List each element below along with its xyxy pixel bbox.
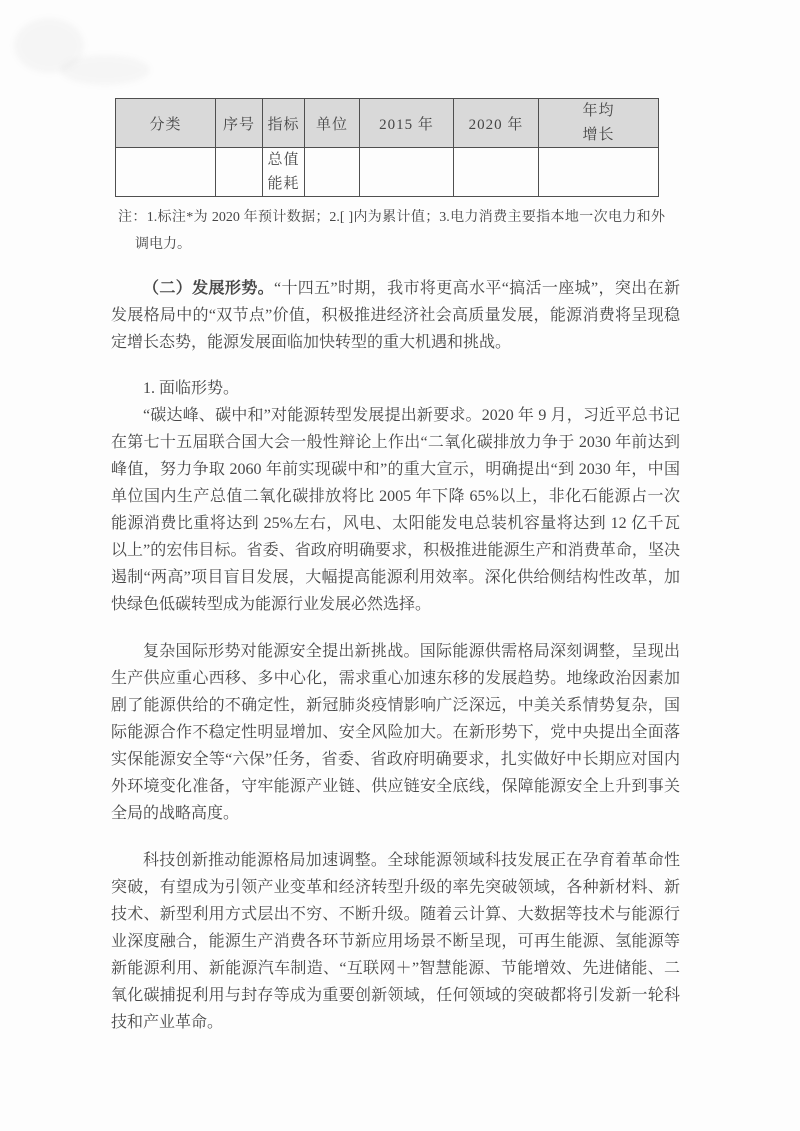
header-indicator: 指标 xyxy=(263,99,305,148)
paragraph-carbon-goals: “碳达峰、碳中和”对能源转型发展提出新要求。2020 年 9 月，习近平总书记在… xyxy=(111,402,680,618)
header-avg-growth: 年均 增长 xyxy=(539,99,659,148)
table-header-row: 分类 序号 指标 单位 2015 年 2020 年 年均 增长 xyxy=(116,99,659,148)
cell-indicator: 总值 能耗 xyxy=(263,148,305,197)
paragraph-tech-innovation: 科技创新推动能源格局加速调整。全球能源领域科技发展正在孕育着革命性突破，有望成为… xyxy=(111,847,680,1036)
section-heading-paragraph: （二）发展形势。“十四五”时期，我市将更高水平“搞活一座城”，突出在新发展格局中… xyxy=(111,275,680,356)
cell-avg-growth xyxy=(539,148,659,197)
header-2015: 2015 年 xyxy=(360,99,454,148)
cell-category xyxy=(116,148,216,197)
table-row: 总值 能耗 xyxy=(116,148,659,197)
document-page: { "theme":{ "page_bg":"#fdfdfd", "text_c… xyxy=(0,0,800,1131)
paragraph-international-situation: 复杂国际形势对能源安全提出新挑战。国际能源供需格局深刻调整，呈现出生产供应重心西… xyxy=(111,638,680,827)
page-content: 分类 序号 指标 单位 2015 年 2020 年 年均 增长 总值 能耗 注：… xyxy=(111,98,680,1036)
cell-2015 xyxy=(360,148,454,197)
section-heading-label: （二）发展形势。 xyxy=(143,280,274,297)
scan-smudge-top-left-2 xyxy=(60,55,150,85)
indicator-table: 分类 序号 指标 单位 2015 年 2020 年 年均 增长 总值 能耗 xyxy=(115,98,659,197)
sub-heading: 1. 面临形势。 xyxy=(111,375,680,402)
header-category: 分类 xyxy=(116,99,216,148)
cell-serial xyxy=(216,148,263,197)
header-serial: 序号 xyxy=(216,99,263,148)
cell-unit xyxy=(305,148,360,197)
header-2020: 2020 年 xyxy=(454,99,539,148)
cell-2020 xyxy=(454,148,539,197)
header-unit: 单位 xyxy=(305,99,360,148)
table-footnote: 注：1.标注*为 2020 年预计数据；2.[ ]内为累计值；3.电力消费主要指… xyxy=(118,204,665,258)
